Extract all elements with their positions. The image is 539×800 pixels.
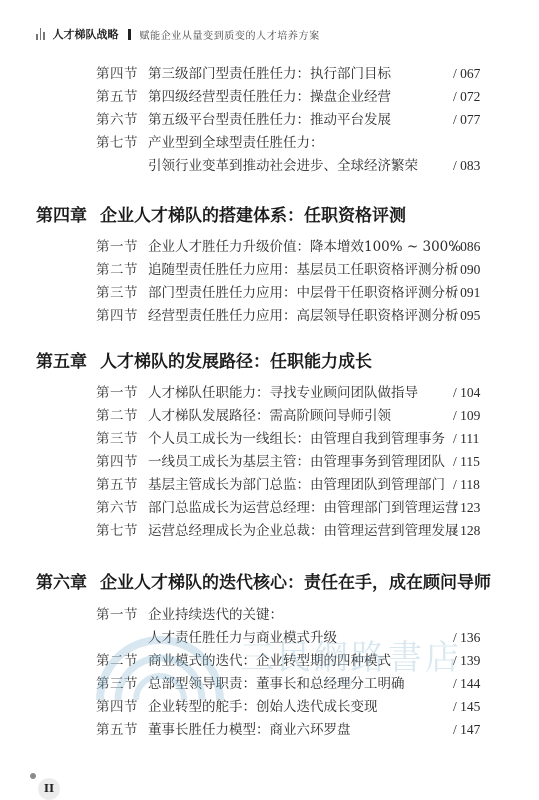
section-label: 第四节 [96,451,138,473]
page-number: / 067 [453,63,480,85]
section-title: 商业模式的迭代：企业转型期的四种模式 [148,650,391,672]
chapter-label: 第六章 [36,570,87,596]
page-number: / 072 [453,86,480,108]
section-label: 第二节 [96,650,138,672]
section-title-line2: 人才责任胜任力与商业模式升级 [148,627,337,649]
page-number: / 091 [453,282,480,304]
page-number: / 111 [453,428,479,450]
section-title: 企业转型的舵手：创始人迭代成长变现 [148,696,378,718]
page-number: / 104 [453,382,480,404]
section-label: 第二节 [96,405,138,427]
toc-entry[interactable]: 第七节 产业型到全球型责任胜任力： [0,132,539,154]
page-number: / 128 [453,520,480,542]
page-number: / 147 [453,719,480,741]
footer-dot [30,773,36,779]
toc-entry[interactable]: 第二节 人才梯队发展路径：需高阶顾问导师引领 / 109 [0,405,539,427]
toc-entry[interactable]: 第三节 部门型责任胜任力应用：中层骨干任职资格评测分析 / 091 [0,282,539,304]
section-title: 追随型责任胜任力应用：基层员工任职资格评测分析 [148,259,459,281]
toc-entry[interactable]: 第五节 基层主管成长为部门总监：由管理团队到管理部门 / 118 [0,474,539,496]
page-number: / 136 [453,627,480,649]
section-title: 企业人才胜任力升级价值：降本增效100% ~ 300% [148,236,461,258]
page-number: / 139 [453,650,480,672]
section-title: 人才梯队发展路径：需高阶顾问导师引领 [148,405,391,427]
toc-entry[interactable]: 第四节 经营型责任胜任力应用：高层领导任职资格评测分析 / 095 [0,305,539,327]
section-title: 基层主管成长为部门总监：由管理团队到管理部门 [148,474,445,496]
chapter-heading[interactable]: 第五章 人才梯队的发展路径：任职能力成长 [0,349,539,375]
section-title: 第四级经营型责任胜任力：操盘企业经营 [148,86,391,108]
page-number: / 115 [453,451,480,473]
section-title: 运营总经理成长为企业总裁：由管理运营到管理发展 [148,520,459,542]
page-number: / 109 [453,405,480,427]
toc-entry[interactable]: 第六节 部门总监成长为运营总经理：由管理部门到管理运营 / 123 [0,497,539,519]
folio-page-number: II [38,778,60,800]
page-number: / 145 [453,696,480,718]
section-label: 第七节 [96,520,138,542]
section-label: 第四节 [96,63,138,85]
section-title: 企业持续迭代的关键： [148,604,283,626]
toc-entry[interactable]: 第三节 总部型领导职责：董事长和总经理分工明确 / 144 [0,673,539,695]
toc-entry[interactable]: 第四节 第三级部门型责任胜任力：执行部门目标 / 067 [0,63,539,85]
section-label: 第一节 [96,382,138,404]
header-divider [128,29,131,40]
section-label: 第五节 [96,86,138,108]
chapter-title: 企业人才梯队的迭代核心：责任在手，成在顾问导师 [100,570,491,596]
page-number: / 118 [453,474,480,496]
section-title: 第三级部门型责任胜任力：执行部门目标 [148,63,391,85]
chapter-heading[interactable]: 第四章 企业人才梯队的搭建体系：任职资格评测 [0,203,539,229]
section-label: 第一节 [96,236,138,258]
toc-entry[interactable]: 第一节 企业人才胜任力升级价值：降本增效100% ~ 300% / 086 [0,236,539,258]
section-title: 部门型责任胜任力应用：中层骨干任职资格评测分析 [148,282,459,304]
toc-entry[interactable]: 第二节 商业模式的迭代：企业转型期的四种模式 / 139 [0,650,539,672]
section-label: 第五节 [96,719,138,741]
page-number: / 095 [453,305,480,327]
toc-entry-continuation[interactable]: 引领行业变革到推动社会进步、全球经济繁荣 / 083 [0,155,539,177]
section-title: 人才梯队任职能力：寻找专业顾问团队做指导 [148,382,418,404]
section-title: 董事长胜任力模型：商业六环罗盘 [148,719,351,741]
section-title: 个人员工成长为一线组长：由管理自我到管理事务 [148,428,445,450]
book-subtitle: 赋能企业从量变到质变的人才培养方案 [140,27,320,42]
toc-entry[interactable]: 第一节 企业持续迭代的关键： [0,604,539,626]
section-title: 部门总监成长为运营总经理：由管理部门到管理运营 [148,497,459,519]
chapter-title: 企业人才梯队的搭建体系：任职资格评测 [100,203,406,229]
toc-entry[interactable]: 第二节 追随型责任胜任力应用：基层员工任职资格评测分析 / 090 [0,259,539,281]
section-title: 第五级平台型责任胜任力：推动平台发展 [148,109,391,131]
page-number: / 123 [453,497,480,519]
section-label: 第四节 [96,305,138,327]
section-label: 第四节 [96,696,138,718]
section-title: 一线员工成长为基层主管：由管理事务到管理团队 [148,451,445,473]
chapter-title: 人才梯队的发展路径：任职能力成长 [100,349,372,375]
page-number: / 083 [453,155,480,177]
section-label: 第三节 [96,428,138,450]
section-label: 第六节 [96,497,138,519]
page-number: / 077 [453,109,480,131]
section-label: 第三节 [96,673,138,695]
section-label: 第一节 [96,604,138,626]
chapter-label: 第四章 [36,203,87,229]
book-title: 人才梯队战略 [53,26,119,42]
page-number: / 090 [453,259,480,281]
toc-entry-continuation[interactable]: 人才责任胜任力与商业模式升级 / 136 [0,627,539,649]
section-label: 第三节 [96,282,138,304]
page-number: / 144 [453,673,480,695]
section-label: 第六节 [96,109,138,131]
section-label: 第七节 [96,132,138,154]
section-label: 第五节 [96,474,138,496]
toc-entry[interactable]: 第七节 运营总经理成长为企业总裁：由管理运营到管理发展 / 128 [0,520,539,542]
page-number: / 086 [453,236,480,258]
toc-entry[interactable]: 第六节 第五级平台型责任胜任力：推动平台发展 / 077 [0,109,539,131]
toc-entry[interactable]: 第四节 企业转型的舵手：创始人迭代成长变现 / 145 [0,696,539,718]
toc-entry[interactable]: 第五节 董事长胜任力模型：商业六环罗盘 / 147 [0,719,539,741]
toc-entry[interactable]: 第三节 个人员工成长为一线组长：由管理自我到管理事务 / 111 [0,428,539,450]
bar-chart-icon [36,28,45,40]
toc-entry[interactable]: 第四节 一线员工成长为基层主管：由管理事务到管理团队 / 115 [0,451,539,473]
running-header: 人才梯队战略 赋能企业从量变到质变的人才培养方案 [36,26,320,42]
toc-entry[interactable]: 第五节 第四级经营型责任胜任力：操盘企业经营 / 072 [0,86,539,108]
section-label: 第二节 [96,259,138,281]
toc-entry[interactable]: 第一节 人才梯队任职能力：寻找专业顾问团队做指导 / 104 [0,382,539,404]
chapter-label: 第五章 [36,349,87,375]
section-title-line2: 引领行业变革到推动社会进步、全球经济繁荣 [148,155,418,177]
section-title: 总部型领导职责：董事长和总经理分工明确 [148,673,405,695]
chapter-heading[interactable]: 第六章 企业人才梯队的迭代核心：责任在手，成在顾问导师 [0,570,539,596]
section-title: 产业型到全球型责任胜任力： [148,132,324,154]
section-title: 经营型责任胜任力应用：高层领导任职资格评测分析 [148,305,459,327]
